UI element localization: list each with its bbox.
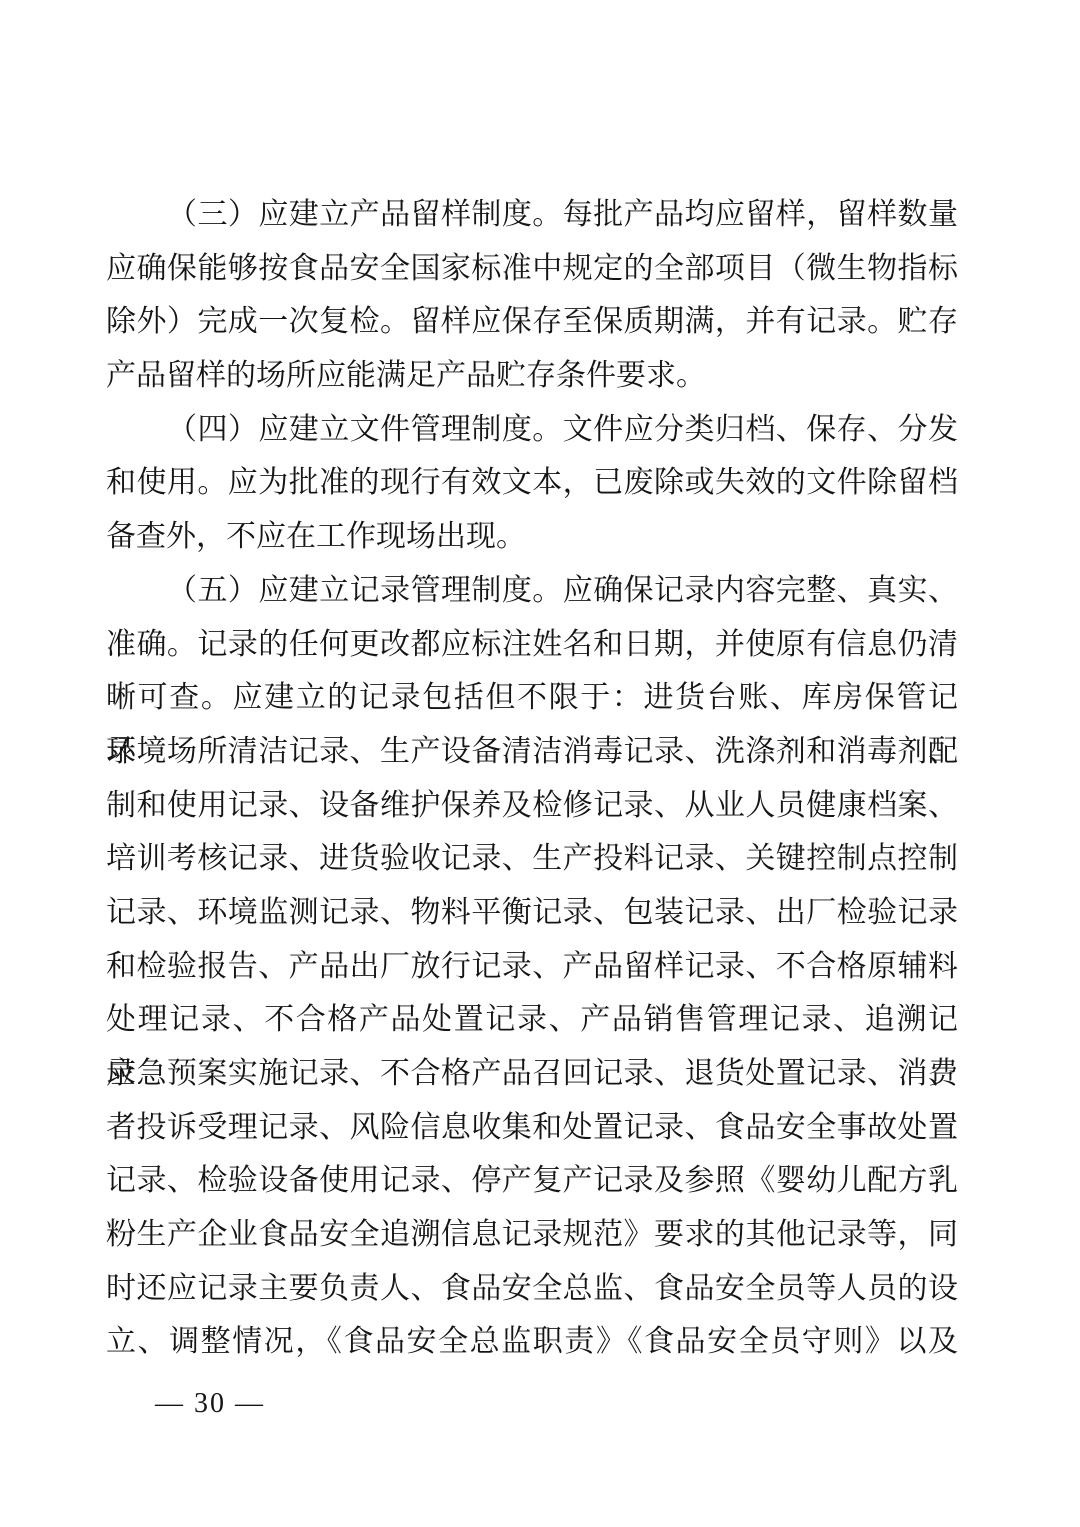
text-block: （三）应建立产品留样制度。每批产品均应留样，留样数量 应确保能够按食品安全国家标…	[106, 188, 958, 1369]
page-number: — 30 —	[155, 1384, 265, 1424]
text-line: 时还应记录主要负责人、食品安全总监、食品安全员等人员的设	[106, 1262, 958, 1316]
text-line: 环境场所清洁记录、生产设备清洁消毒记录、洗涤剂和消毒剂配	[106, 725, 958, 779]
text-line: （四）应建立文件管理制度。文件应分类归档、保存、分发	[106, 403, 958, 457]
paragraph: （三）应建立产品留样制度。每批产品均应留样，留样数量 应确保能够按食品安全国家标…	[106, 188, 958, 403]
text-line: 产品留样的场所应能满足产品贮存条件要求。	[106, 349, 958, 403]
text-line: 应急预案实施记录、不合格产品召回记录、退货处置记录、消费	[106, 1047, 958, 1101]
text-line: 除外）完成一次复检。留样应保存至保质期满，并有记录。贮存	[106, 295, 958, 349]
document-page: （三）应建立产品留样制度。每批产品均应留样，留样数量 应确保能够按食品安全国家标…	[0, 0, 1080, 1527]
text-line: 和使用。应为批准的现行有效文本，已废除或失效的文件除留档	[106, 456, 958, 510]
text-line: 准确。记录的任何更改都应标注姓名和日期，并使原有信息仍清	[106, 618, 958, 672]
text-line: 记录、环境监测记录、物料平衡记录、包装记录、出厂检验记录	[106, 886, 958, 940]
text-line: 备查外，不应在工作现场出现。	[106, 510, 958, 564]
text-line: 处理记录、不合格产品处置记录、产品销售管理记录、追溯记录、	[106, 993, 958, 1047]
text-line: 者投诉受理记录、风险信息收集和处置记录、食品安全事故处置	[106, 1101, 958, 1155]
paragraph: （四）应建立文件管理制度。文件应分类归档、保存、分发 和使用。应为批准的现行有效…	[106, 403, 958, 564]
text-line: 记录、检验设备使用记录、停产复产记录及参照《婴幼儿配方乳	[106, 1154, 958, 1208]
text-line: 制和使用记录、设备维护保养及检修记录、从业人员健康档案、	[106, 779, 958, 833]
text-line: 培训考核记录、进货验收记录、生产投料记录、关键控制点控制	[106, 832, 958, 886]
text-line: 和检验报告、产品出厂放行记录、产品留样记录、不合格原辅料	[106, 940, 958, 994]
text-line: （五）应建立记录管理制度。应确保记录内容完整、真实、	[106, 564, 958, 618]
text-line: 粉生产企业食品安全追溯信息记录规范》要求的其他记录等，同	[106, 1208, 958, 1262]
paragraph: （五）应建立记录管理制度。应确保记录内容完整、真实、 准确。记录的任何更改都应标…	[106, 564, 958, 1369]
text-line: 立、调整情况，《食品安全总监职责》《食品安全员守则》以及	[106, 1315, 958, 1369]
text-line: 应确保能够按食品安全国家标准中规定的全部项目（微生物指标	[106, 242, 958, 296]
text-line: 晰可查。应建立的记录包括但不限于：进货台账、库房保管记录、	[106, 671, 958, 725]
text-line: （三）应建立产品留样制度。每批产品均应留样，留样数量	[106, 188, 958, 242]
